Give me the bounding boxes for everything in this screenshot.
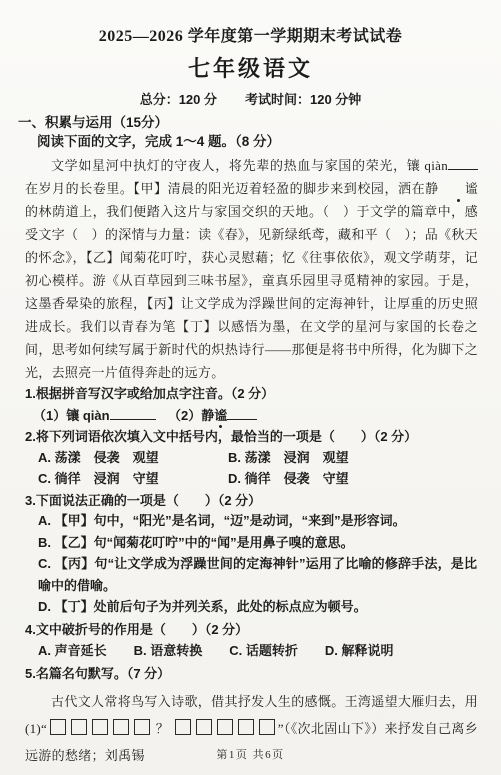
option-d: D. 【丁】处前后句子为并列关系，此处的标点应为顿号。 (38, 596, 477, 618)
exam-time-label: 考试时间：120 分钟 (245, 92, 361, 108)
option-a: A. 声音延长 (38, 640, 107, 661)
answer-box (113, 719, 129, 735)
question-3: 3.下面说法正确的一项是（ ）（2 分） A. 【甲】句中，“阳光”是名词，“迈… (0, 493, 501, 618)
reading-instruction: 阅读下面的文字，完成 1～4 题。（8 分） (0, 134, 501, 150)
option-b: B. 荡漾 浸润 观望 (228, 447, 501, 468)
option-c: C. 徜徉 浸润 守望 (38, 468, 228, 489)
question-3-options: A. 【甲】句中，“阳光”是名词，“迈”是动词，“来到”是形容词。 B. 【乙】… (0, 510, 501, 618)
reading-passage: 文学如星河中执灯的守夜人，将先辈的热血与家国的荣光，镶 qiàn在岁月的长卷里。… (0, 154, 501, 384)
question-1-part-1: （1）镶 qiàn (33, 406, 168, 426)
question-3-stem: 3.下面说法正确的一项是（ ）（2 分） (0, 493, 501, 509)
question-2-options: A. 荡漾 侵袭 观望 B. 荡漾 浸润 观望 C. 徜徉 浸润 守望 D. 徜… (0, 447, 501, 489)
emphasis-dot-char: 谧 (439, 177, 478, 200)
page-number: 第1页 共6页 (0, 746, 501, 762)
emphasis-dot-char: 谧 (214, 406, 227, 426)
answer-box (196, 719, 212, 735)
answer-box (50, 719, 66, 735)
exam-subject: 七年级语文 (0, 56, 501, 82)
question-4-stem: 4.文中破折号的作用是（ ）（2 分） (0, 622, 501, 638)
question-1-stem: 1.根据拼音写汉字或给加点字注音。（2 分） (0, 386, 501, 402)
exam-title: 2025—2026 学年度第一学期期末考试试卷 (0, 0, 501, 47)
exam-info-line: 总分：120 分 考试时间：120 分钟 (0, 92, 501, 108)
option-d: D. 徜徉 侵袭 守望 (228, 468, 501, 489)
option-d: D. 解释说明 (325, 640, 394, 661)
answer-box (71, 719, 87, 735)
total-score-label: 总分：120 分 (140, 92, 217, 108)
fill-in-blank (448, 157, 478, 170)
answer-box (175, 719, 191, 735)
answer-box (259, 719, 275, 735)
section-one-heading: 一、积累与运用（15分） (0, 115, 501, 131)
question-4-options: A. 声音延长 B. 语意转换 C. 话题转折 D. 解释说明 (0, 640, 501, 661)
option-b: B. 【乙】句“闻菊花叮咛”中的“闻”是用鼻子嗅的意思。 (38, 532, 477, 554)
question-1: 1.根据拼音写汉字或给加点字注音。（2 分） （1）镶 qiàn （2）静谧 (0, 386, 501, 426)
option-a: A. 荡漾 侵袭 观望 (38, 447, 228, 468)
question-1-part-2: （2）静谧 (168, 406, 257, 426)
answer-box (238, 719, 254, 735)
answer-box (134, 719, 150, 735)
answer-box (217, 719, 233, 735)
option-c: C. 【丙】句“让文学成为浮躁世间的定海神针”运用了比喻的修辞手法，是比喻中的借… (38, 553, 477, 596)
fill-in-blank (227, 407, 257, 420)
option-c: C. 话题转折 (229, 640, 298, 661)
option-b: B. 语意转换 (134, 640, 203, 661)
question-5-stem: 5.名篇名句默写。（7 分） (0, 666, 501, 682)
question-2-stem: 2.将下列词语依次填入文中括号内，最恰当的一项是（ ）（2 分） (0, 429, 501, 445)
question-1-parts: （1）镶 qiàn （2）静谧 (0, 406, 501, 426)
answer-box (92, 719, 108, 735)
question-2: 2.将下列词语依次填入文中括号内，最恰当的一项是（ ）（2 分） A. 荡漾 侵… (0, 429, 501, 489)
option-a: A. 【甲】句中，“阳光”是名词，“迈”是动词，“来到”是形容词。 (38, 510, 477, 532)
fill-in-blank (110, 407, 156, 420)
exam-paper-page: 2025—2026 学年度第一学期期末考试试卷 七年级语文 总分：120 分 考… (0, 0, 501, 775)
question-4: 4.文中破折号的作用是（ ）（2 分） A. 声音延长 B. 语意转换 C. 话… (0, 622, 501, 661)
